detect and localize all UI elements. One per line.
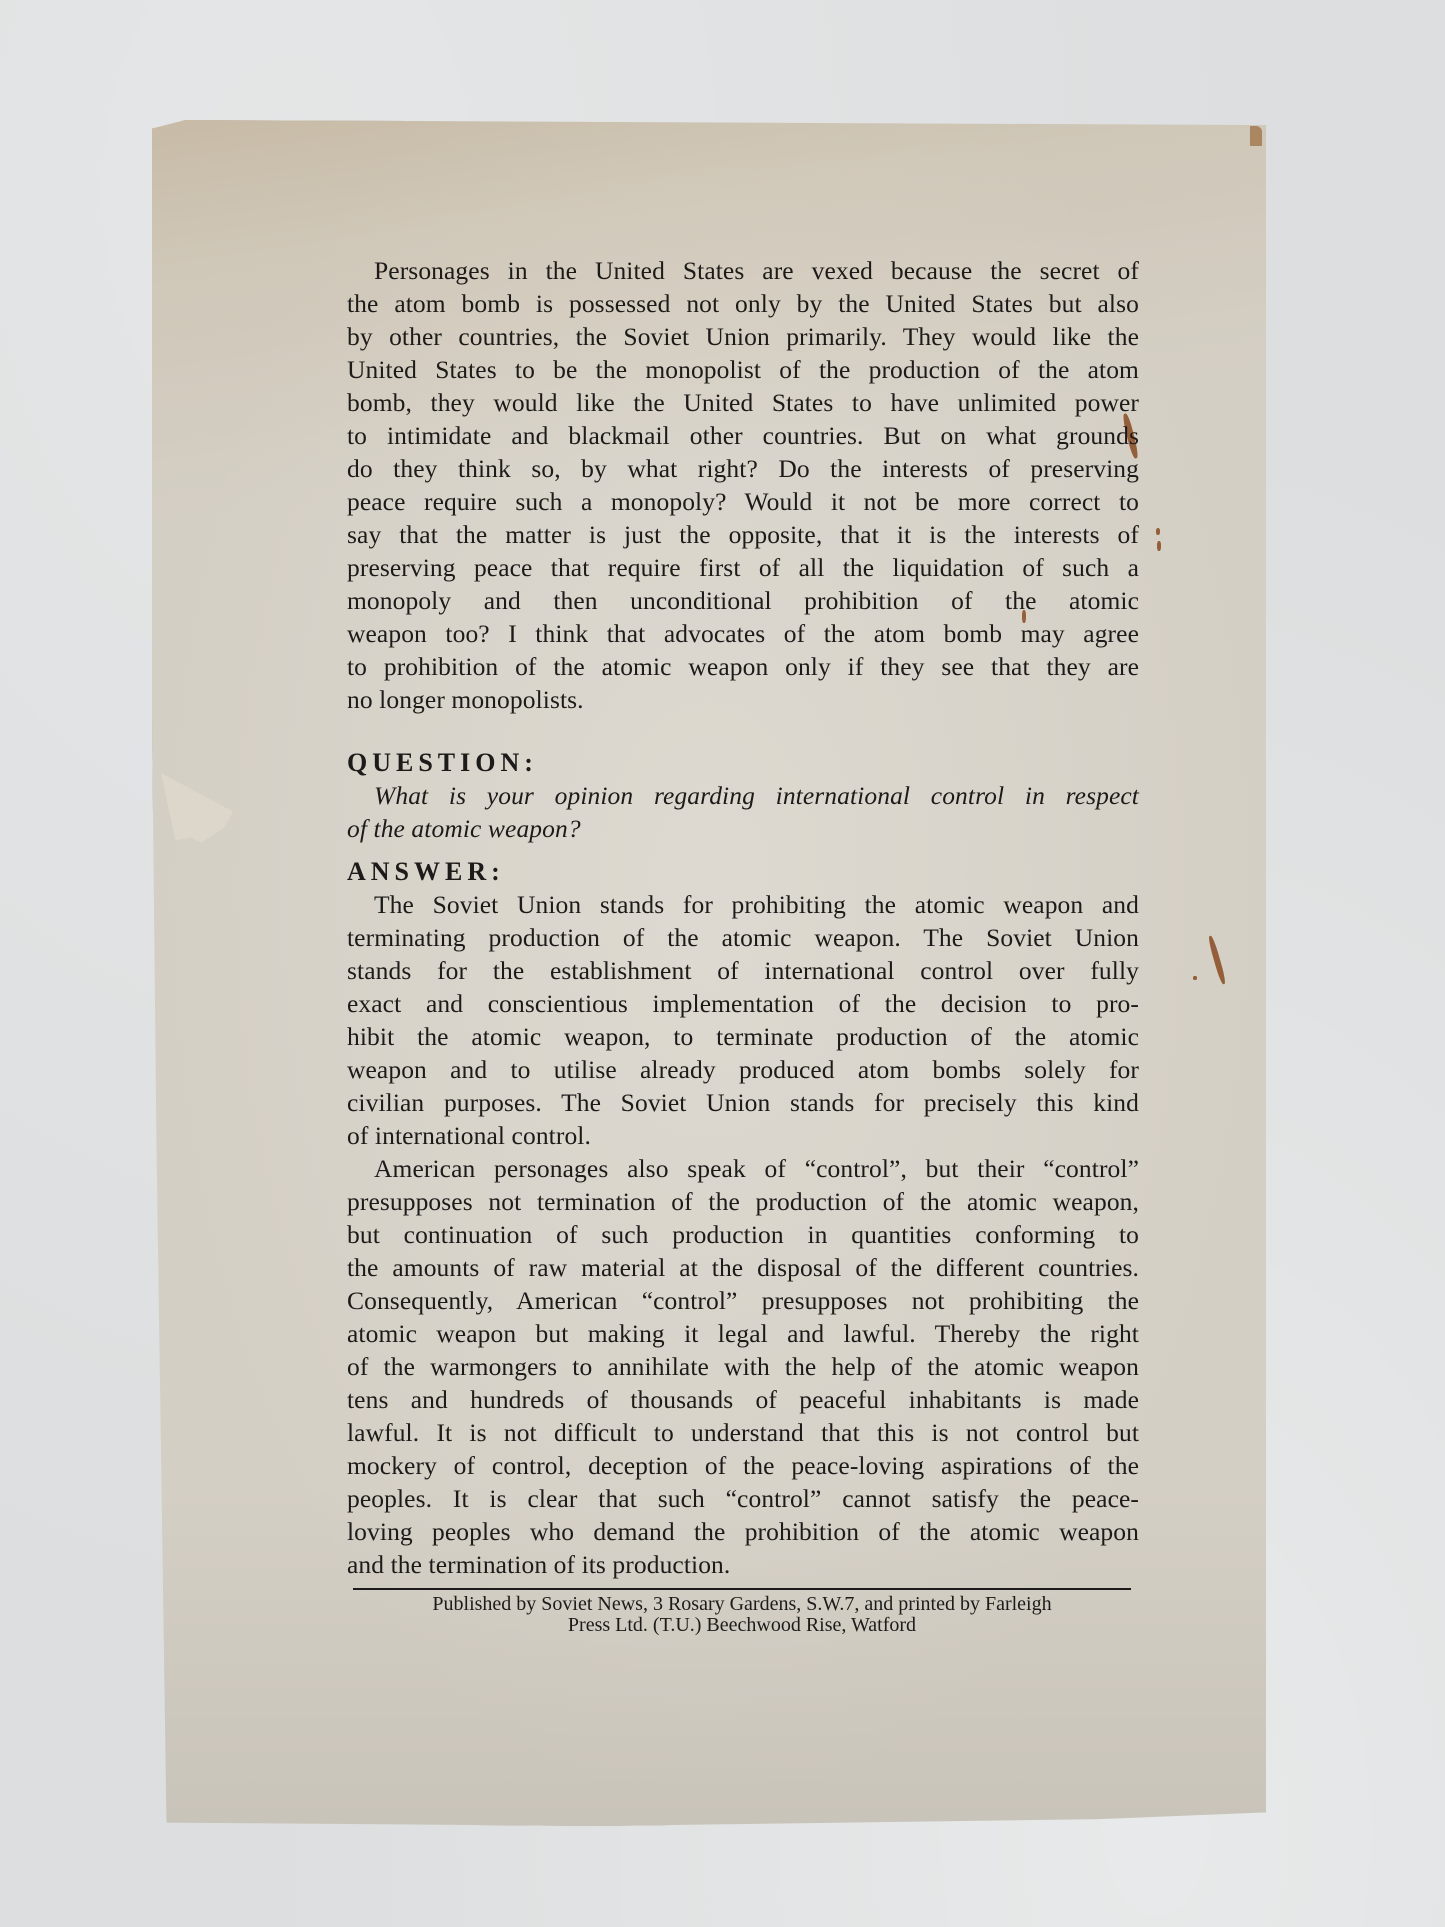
text-line: weapon too? I think that advocates of th… (347, 617, 1139, 650)
text-line: and the termination of its production. (347, 1548, 1139, 1581)
text-line: The Soviet Union stands for prohibiting … (347, 888, 1139, 921)
text-line: peace require such a monopoly? Would it … (347, 485, 1139, 518)
text-line: atomic weapon but making it legal and la… (347, 1317, 1139, 1350)
text-line: Personages in the United States are vexe… (347, 254, 1139, 287)
paper-corner-stain (1250, 126, 1262, 146)
text-line: weapon and to utilise already produced a… (347, 1053, 1139, 1086)
text-line: say that the matter is just the opposite… (347, 518, 1139, 551)
text-line: preserving peace that require first of a… (347, 551, 1139, 584)
question-heading: QUESTION: (347, 746, 1139, 779)
text-line: of international control. (347, 1119, 1139, 1152)
text-line: Consequently, American “control” presupp… (347, 1284, 1139, 1317)
text-line: but continuation of such production in q… (347, 1218, 1139, 1251)
imprint-line: Published by Soviet News, 3 Rosary Garde… (353, 1594, 1131, 1615)
text-line: American personages also speak of “contr… (347, 1152, 1139, 1185)
text-line: peoples. It is clear that such “control”… (347, 1482, 1139, 1515)
text-line: United States to be the monopolist of th… (347, 353, 1139, 386)
text-line: to prohibition of the atomic weapon only… (347, 650, 1139, 683)
text-line: hibit the atomic weapon, to terminate pr… (347, 1020, 1139, 1053)
rust-stain (1193, 976, 1197, 980)
text-line: the atom bomb is possessed not only by t… (347, 287, 1139, 320)
text-line: by other countries, the Soviet Union pri… (347, 320, 1139, 353)
answer-paragraph-1: The Soviet Union stands for prohibiting … (347, 888, 1139, 1152)
text-line: the amounts of raw material at the dispo… (347, 1251, 1139, 1284)
text-line: of the warmongers to annihilate with the… (347, 1350, 1139, 1383)
text-line: loving peoples who demand the prohibitio… (347, 1515, 1139, 1548)
answer-heading: ANSWER: (347, 855, 1139, 888)
text-line: What is your opinion regarding internati… (347, 779, 1139, 812)
text-line: to intimidate and blackmail other countr… (347, 419, 1139, 452)
intro-paragraph: Personages in the United States are vexe… (347, 254, 1139, 716)
document-body: Personages in the United States are vexe… (347, 254, 1139, 1636)
rust-stain (1157, 541, 1161, 551)
text-line: tens and hundreds of thousands of peacef… (347, 1383, 1139, 1416)
text-line: bomb, they would like the United States … (347, 386, 1139, 419)
imprint-line: Press Ltd. (T.U.) Beechwood Rise, Watfor… (353, 1615, 1131, 1636)
question-text: What is your opinion regarding internati… (347, 779, 1139, 845)
text-line: of the atomic weapon? (347, 812, 1139, 845)
text-line: exact and conscientious implementation o… (347, 987, 1139, 1020)
publisher-imprint: Published by Soviet News, 3 Rosary Garde… (353, 1590, 1131, 1636)
text-line: monopoly and then unconditional prohibit… (347, 584, 1139, 617)
text-line: do they think so, by what right? Do the … (347, 452, 1139, 485)
rust-stain (1156, 528, 1160, 535)
text-line: no longer monopolists. (347, 683, 1139, 716)
text-line: stands for the establishment of internat… (347, 954, 1139, 987)
answer-paragraph-2: American personages also speak of “contr… (347, 1152, 1139, 1581)
text-line: civilian purposes. The Soviet Union stan… (347, 1086, 1139, 1119)
text-line: lawful. It is not difficult to understan… (347, 1416, 1139, 1449)
text-line: presupposes not termination of the produ… (347, 1185, 1139, 1218)
text-line: terminating production of the atomic wea… (347, 921, 1139, 954)
text-line: mockery of control, deception of the pea… (347, 1449, 1139, 1482)
